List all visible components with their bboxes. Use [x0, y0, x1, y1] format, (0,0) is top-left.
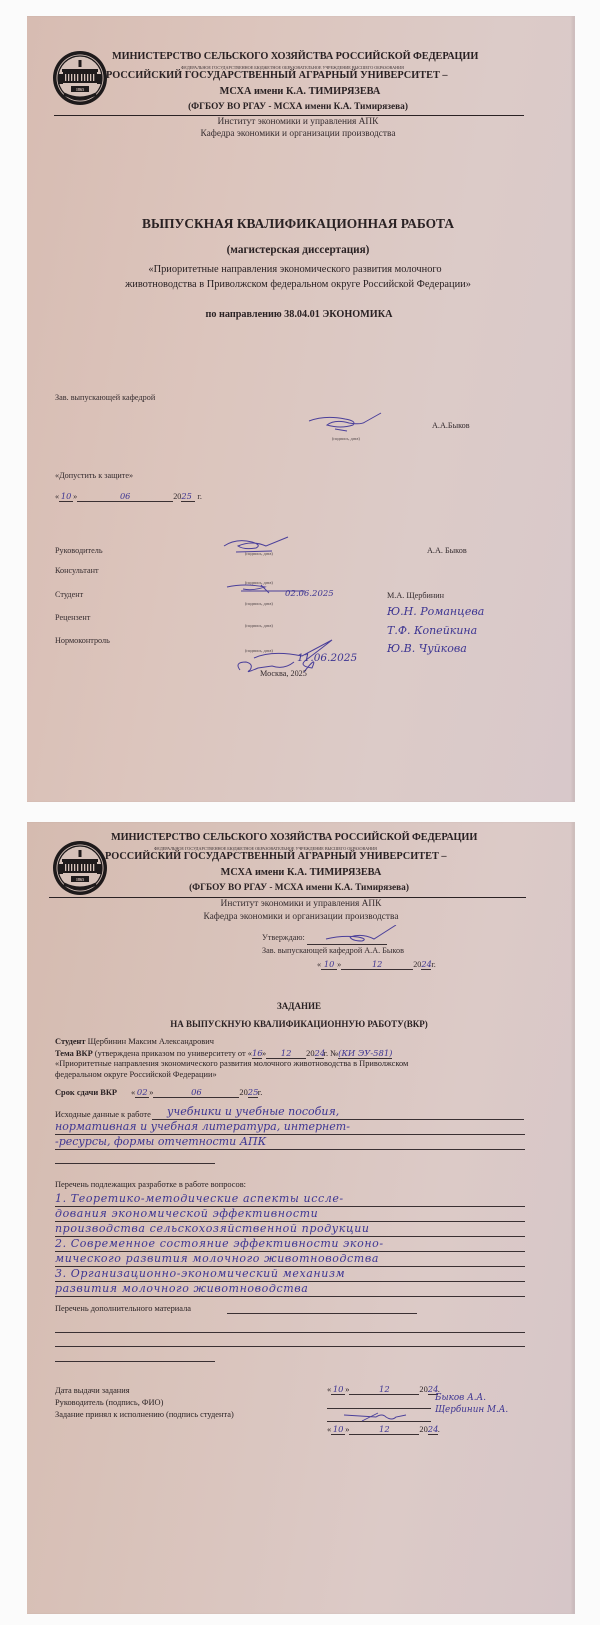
question-line: 1. Теоретико-методические аспекты иссле-: [55, 1192, 344, 1205]
admit-label: «Допустить к защите»: [55, 471, 133, 480]
supervisor-label: Руководитель (подпись, ФИО): [55, 1398, 163, 1407]
role-student-name: М.А. Щербинин: [387, 591, 444, 600]
university-name: РОССИЙСКИЙ ГОСУДАРСТВЕННЫЙ АГРАРНЫЙ УНИВ…: [106, 70, 448, 81]
task-page: 1865 МИНИСТЕРСТВО СЕЛЬСКОГО ХОЗЯЙСТВА РО…: [27, 822, 575, 1614]
university-logo-icon: 1865: [52, 50, 108, 106]
document-type: ВЫПУСКНАЯ КВАЛИФИКАЦИОННАЯ РАБОТА: [142, 216, 454, 232]
extra-name-handwritten: Ю.В. Чуйкова: [387, 642, 467, 655]
admit-day: 10: [59, 491, 73, 502]
svg-text:1865: 1865: [76, 877, 84, 882]
role-reviewer-label: Рецензент: [55, 613, 90, 622]
university-name: РОССИЙСКИЙ ГОСУДАРСТВЕННЫЙ АГРАРНЫЙ УНИВ…: [105, 851, 447, 862]
supervisor-name-handwritten: Быков А.А.: [435, 1393, 486, 1403]
source-label: Исходные данные к работе: [55, 1110, 151, 1119]
source-line-1: учебники и учебные пособия,: [167, 1105, 339, 1118]
admit-year: 25: [181, 491, 195, 502]
issue-label: Дата выдачи задания: [55, 1386, 130, 1395]
issue-date: «10»122024.: [327, 1384, 440, 1395]
title-page: 1865 МИНИСТЕРСТВО СЕЛЬСКОГО ХОЗЯЙСТВА РО…: [27, 16, 575, 802]
role-supervisor-label: Руководитель: [55, 546, 103, 555]
department-name: Кафедра экономики и организации производ…: [204, 912, 399, 922]
role-normcontrol-label: Нормоконтроль: [55, 636, 110, 645]
department-name: Кафедра экономики и организации производ…: [201, 129, 396, 139]
role-student-caption: (подпись, дата): [245, 601, 273, 606]
role-supervisor-name: А.А. Быков: [427, 546, 467, 555]
approve-label: Утверждаю:: [262, 933, 305, 942]
student-line: Студент Щербинин Максим Александрович: [55, 1037, 214, 1046]
deadline-line: Срок сдачи ВКР«02»062025г.: [55, 1087, 262, 1098]
role-supervisor-caption: (подпись, дата): [245, 551, 273, 556]
city-year: Москва, 2025: [260, 669, 307, 678]
role-student-label: Студент: [55, 590, 83, 599]
question-line: дования экономической эффективности: [55, 1207, 318, 1220]
order-number: (КИ ЭУ-581): [338, 1048, 392, 1059]
role-reviewer-caption: (подпись, дата): [245, 623, 273, 628]
university-short-name: (ФГБОУ ВО РГАУ - МСХА имени К.А. Тимиряз…: [189, 883, 409, 893]
extra-material-label: Перечень дополнительного материала: [55, 1304, 191, 1313]
university-name-2: МСХА имени К.А. ТИМИРЯЗЕВА: [221, 867, 382, 878]
source-line-2: нормативная и учебная литература, интерн…: [55, 1120, 350, 1133]
question-line: мического развития молочного животноводс…: [55, 1252, 379, 1265]
question-line: развития молочного животноводства: [55, 1282, 308, 1295]
ministry-name: МИНИСТЕРСТВО СЕЛЬСКОГО ХОЗЯЙСТВА РОССИЙС…: [111, 832, 477, 843]
approve-date: «10»122024г.: [317, 959, 436, 970]
svg-text:1865: 1865: [76, 87, 84, 92]
source-line-3: -ресурсы, формы отчетности АПК: [55, 1135, 266, 1148]
institute-name: Институт экономики и управления АПК: [218, 117, 379, 127]
head-signature-icon: [305, 411, 387, 435]
task-subtitle: НА ВЫПУСКНУЮ КВАЛИФИКАЦИОННУЮ РАБОТУ(ВКР…: [170, 1019, 428, 1029]
ministry-name: МИНИСТЕРСТВО СЕЛЬСКОГО ХОЗЯЙСТВА РОССИЙС…: [112, 51, 478, 62]
student-sign-date: 02.06.2025: [285, 589, 334, 599]
head-sig-caption: (подпись, дата): [332, 436, 360, 441]
head-label: Зав. выпускающей кафедрой: [55, 393, 155, 402]
accepted-name-handwritten: Щербинин М.А.: [435, 1405, 508, 1415]
admit-month: 06: [77, 491, 173, 502]
document-subtype: (магистерская диссертация): [227, 244, 370, 256]
question-line: 3. Организационно-экономический механизм: [55, 1267, 345, 1280]
student-name: Щербинин Максим Александрович: [88, 1037, 214, 1046]
normcontrol-name-handwritten: Т.Ф. Копейкина: [387, 624, 477, 637]
head-name: А.А.Быков: [432, 421, 470, 430]
task-title: ЗАДАНИЕ: [277, 1001, 321, 1011]
university-name-2: МСХА имени К.А. ТИМИРЯЗЕВА: [220, 86, 381, 97]
institute-name: Институт экономики и управления АПК: [221, 899, 382, 909]
reviewer-name-handwritten: Ю.Н. Романцева: [387, 605, 484, 618]
role-consultant-label: Консультант: [55, 566, 99, 575]
accepted-label: Задание принял к исполнению (подпись сту…: [55, 1410, 234, 1419]
normcontrol-sign-date: 11.06.2025: [297, 652, 357, 664]
topic-line-1: «Приоритетные направления экономического…: [148, 264, 441, 275]
question-line: 2. Современное состояние эффективности э…: [55, 1237, 384, 1250]
direction: по направлению 38.04.01 ЭКОНОМИКА: [206, 309, 393, 320]
approve-signature-icon: [322, 925, 402, 945]
university-logo-icon: 1865: [52, 840, 108, 896]
task-topic-line-2: федеральном округе Российской Федерации»: [55, 1070, 217, 1079]
university-short-name: (ФГБОУ ВО РГАУ - МСХА имени К.А. Тимиряз…: [188, 102, 408, 112]
student-task-signature-icon: [342, 1411, 412, 1423]
questions-label: Перечень подлежащих разработке в работе …: [55, 1180, 246, 1189]
question-line: производства сельскохозяйственной продук…: [55, 1222, 370, 1235]
topic-order-line: Тема ВКР (утверждена приказом по универс…: [55, 1048, 392, 1059]
topic-line-2: животноводства в Приволжском федеральном…: [125, 279, 471, 290]
task-topic-line-1: «Приоритетные направления экономического…: [55, 1059, 408, 1068]
approve-by: Зав. выпускающей кафедрой А.А. Быков: [262, 946, 404, 955]
accepted-date: «10»122024.: [327, 1424, 440, 1435]
admit-date: «10»062025 г.: [55, 491, 202, 502]
